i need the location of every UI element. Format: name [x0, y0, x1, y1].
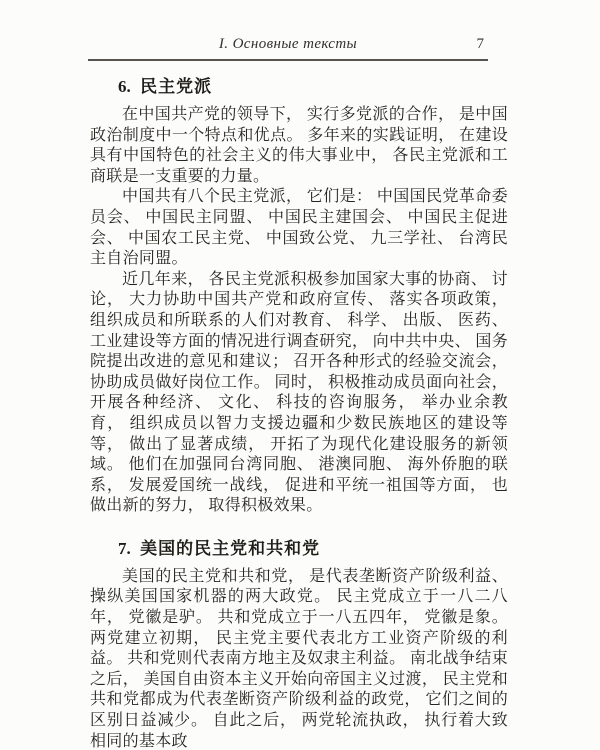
- section-6-number: 6.: [118, 77, 131, 96]
- page-header: I. Основные тексты 7: [88, 36, 488, 56]
- section-7-heading: 7.美国的民主党和共和党: [90, 538, 508, 560]
- header-rule: [88, 59, 488, 61]
- section-6-heading: 6.民主党派: [90, 76, 508, 98]
- page-content: 6.民主党派 在中国共产党的领导下， 实行多党派的合作， 是中国政治制度中一个特…: [90, 76, 508, 750]
- section-6-title: 民主党派: [140, 77, 212, 96]
- section-7: 7.美国的民主党和共和党 美国的民主党和共和党， 是代表垄断资产阶级利益、 操纵…: [90, 538, 508, 750]
- paragraph: 美国的民主党和共和党， 是代表垄断资产阶级利益、 操纵美国国家机器的两大政党。 …: [90, 567, 508, 750]
- document-page: I. Основные тексты 7 6.民主党派 在中国共产党的领导下， …: [0, 0, 600, 750]
- paragraph: 在中国共产党的领导下， 实行多党派的合作， 是中国政治制度中一个特点和优点。 多…: [90, 105, 508, 187]
- running-title: I. Основные тексты: [88, 36, 488, 53]
- section-7-title: 美国的民主党和共和党: [140, 539, 320, 558]
- page-number: 7: [477, 36, 485, 53]
- paragraph: 近几年来， 各民主党派积极参加国家大事的协商、 讨论， 大力协助中国共产党和政府…: [90, 270, 508, 517]
- paragraph: 中国共有八个民主党派， 它们是： 中国国民党革命委员会、 中国民主同盟、 中国民…: [90, 187, 508, 269]
- section-7-number: 7.: [118, 539, 131, 558]
- section-6: 6.民主党派 在中国共产党的领导下， 实行多党派的合作， 是中国政治制度中一个特…: [90, 76, 508, 517]
